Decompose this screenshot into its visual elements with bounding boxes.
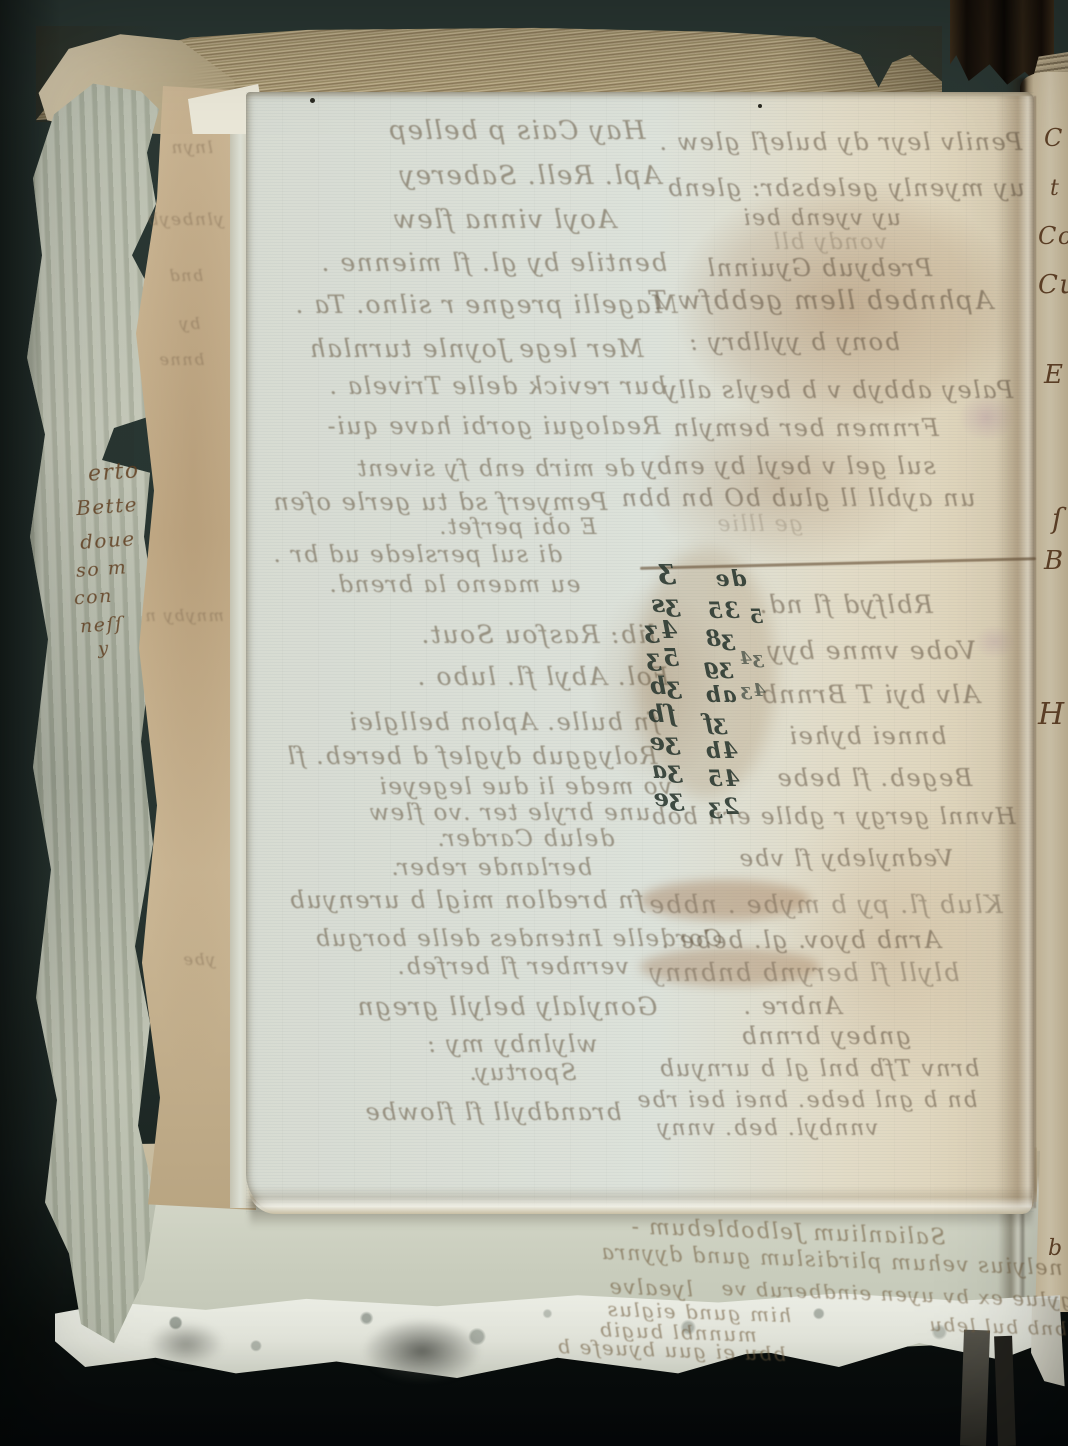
next-page-edge-letters-line: ſ xyxy=(1052,505,1064,533)
dark-smudge-stain xyxy=(362,1318,482,1384)
next-page-edge-letters-line: Cu xyxy=(1038,272,1068,298)
handwriting-layers: Hay Cais p bellepApl. Rell. SabereyAoyl … xyxy=(0,0,1068,1446)
next-page-edge-letters-line: B xyxy=(1044,548,1065,574)
next-page-edge-letters-line: t xyxy=(1050,178,1060,200)
next-page-edge-letters-line: E xyxy=(1044,362,1064,388)
manuscript-photo: Hay Cais p bellepApl. Rell. SabereyAoyl … xyxy=(0,0,1068,1446)
next-page-edge-letters-line: C xyxy=(1044,126,1064,150)
next-page-edge-letters: CtCoCuEſBHb xyxy=(0,0,1068,1446)
next-page-edge-letters-line: H xyxy=(1038,700,1066,730)
next-page-edge-letters-line: Co xyxy=(1038,224,1068,248)
next-page-edge-letters-line: b xyxy=(1048,1238,1064,1260)
dark-smudge-stain-2 xyxy=(148,1322,224,1366)
